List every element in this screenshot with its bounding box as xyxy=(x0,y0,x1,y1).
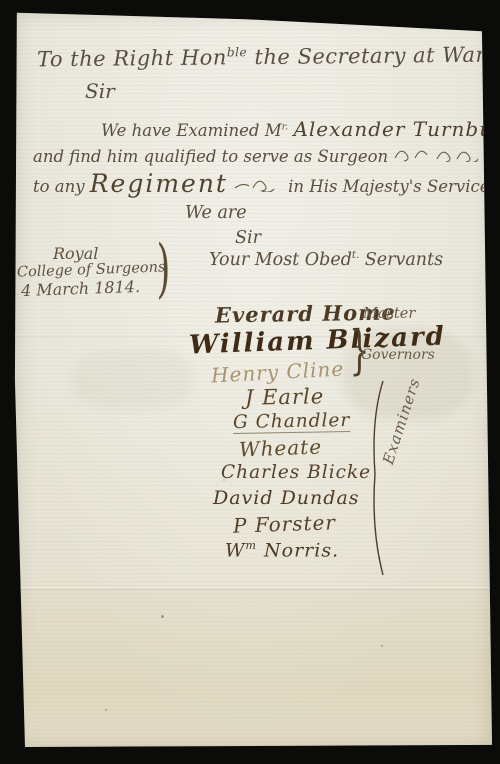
closing-sir: Sir xyxy=(235,228,261,248)
body-line-1: We have Examined Mr. Alexander Turnbull xyxy=(101,117,500,141)
body-line-2: and find him qualified to serve as Surge… xyxy=(33,147,481,166)
regiment-word: Regiment xyxy=(90,169,228,198)
obedient-text: Your Most Obed xyxy=(209,250,352,270)
body-line-3: to any Regiment in His Majesty's Service xyxy=(33,169,490,198)
margin-date-line: 4 March 1814. xyxy=(21,277,141,300)
signature-henry-cline: Henry Cline xyxy=(210,357,344,388)
master-label: Master xyxy=(363,306,415,322)
fold-crease xyxy=(13,587,493,590)
pen-flourish-icon xyxy=(233,178,283,192)
honorific-superscript: ble xyxy=(227,45,248,59)
norris-surname: Norris. xyxy=(257,539,339,561)
examiners-brace-icon xyxy=(369,379,387,577)
scan-background: { "page": { "background_color": "#0b0b0a… xyxy=(0,0,500,764)
qualified-text: and find him qualified to serve as Surge… xyxy=(33,147,388,166)
signature-wheate: Wheate xyxy=(239,435,323,462)
address-text: To the Right Hon xyxy=(37,45,227,71)
candidate-name: Alexander Turnbull xyxy=(293,117,500,141)
stain-speck xyxy=(105,709,107,711)
address-line: To the Right Honble the Secretary at War xyxy=(37,43,486,72)
ink-bleed-through xyxy=(73,349,193,409)
stain-speck xyxy=(381,645,383,647)
signature-charles-blicke: Charles Blicke xyxy=(221,462,371,483)
to-any-text: to any xyxy=(33,177,85,196)
paper-discoloration xyxy=(13,589,493,750)
margin-brace-icon: ) xyxy=(157,237,171,301)
address-text-rest: the Secretary at War xyxy=(254,43,486,69)
we-are-line: We are xyxy=(185,203,247,223)
service-text: in His Majesty's Service xyxy=(288,177,489,196)
pen-flourish-icon xyxy=(393,148,481,162)
servants-text: Servants xyxy=(365,250,443,270)
norris-superscript: m xyxy=(246,539,257,552)
norris-initial: W xyxy=(225,539,246,561)
signature-j-earle: J Earle xyxy=(245,384,325,409)
signature-wm-norris: Wm Norris. xyxy=(225,539,339,561)
signature-g-chandler: G Chandler xyxy=(233,410,351,434)
stain-speck xyxy=(161,615,164,618)
margin-college-line: College of Surgeons xyxy=(17,259,166,280)
signature-david-dundas: David Dundas xyxy=(213,487,360,509)
margin-royal-line: Royal xyxy=(53,244,98,263)
salutation-sir: Sir xyxy=(85,79,115,103)
examined-text: We have Examined M xyxy=(101,121,282,140)
obedient-superscript: t. xyxy=(352,250,359,261)
signature-p-forster: P Forster xyxy=(233,510,337,538)
mr-superscript: r. xyxy=(282,122,289,133)
document-paper: To the Right Honble the Secretary at War… xyxy=(13,9,493,750)
governors-label: Governors xyxy=(361,347,435,363)
closing-servants: Your Most Obedt. Servants xyxy=(209,250,443,270)
